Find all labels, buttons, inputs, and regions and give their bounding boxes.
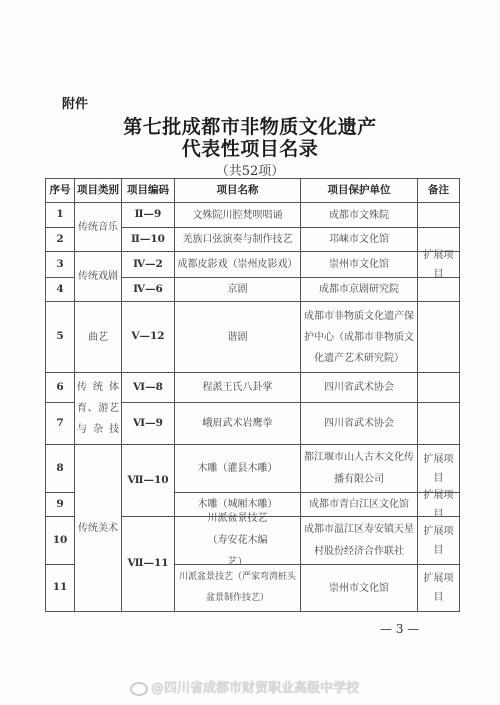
watermark-text: @四川省成都市财贸职业高级中学校 <box>151 681 359 696</box>
row-no: 1 <box>45 202 75 228</box>
unit-cell: 崇州市文化馆 <box>300 251 418 278</box>
name-cell: 文殊院川腔梵呗唱诵 <box>174 202 301 228</box>
header-note: 备注 <box>417 178 460 203</box>
unit-cell: 邛崃市文化馆 <box>300 227 418 252</box>
note-cell <box>417 202 460 228</box>
category-cell: 传统戏剧 <box>74 251 122 302</box>
header-code: 项目编码 <box>121 178 175 203</box>
code-cell: Ⅵ—8 <box>121 372 175 403</box>
document-title-line2: 代表性项目名录 <box>0 134 500 161</box>
name-cell: 川派盆景技艺（寿安花木编艺） <box>174 516 301 565</box>
name-cell: 羌族口弦演奏与制作技艺 <box>174 227 301 252</box>
code-cell: Ⅴ—12 <box>121 301 175 373</box>
category-cell: 传统音乐 <box>74 202 122 252</box>
unit-cell: 成都市京剧研究院 <box>300 277 418 302</box>
note-cell <box>417 277 460 302</box>
row-no: 5 <box>45 301 75 373</box>
unit-cell: 四川省武术协会 <box>300 402 418 445</box>
header-no: 序号 <box>45 178 75 203</box>
category-cell: 传统美术 <box>74 444 122 612</box>
code-cell: Ⅳ—2 <box>121 251 175 278</box>
weibo-icon <box>130 682 148 696</box>
row-no: 8 <box>45 444 75 493</box>
page-number: — 3 — <box>380 622 419 636</box>
category-cell: 传统体育、游艺与杂技 <box>74 372 122 445</box>
unit-cell: 崇州市文化馆 <box>300 564 418 612</box>
note-cell: 扩展项目 <box>417 516 460 565</box>
unit-cell: 成都市文殊院 <box>300 202 418 228</box>
header-unit: 项目保护单位 <box>300 178 418 203</box>
row-no: 4 <box>45 277 75 302</box>
row-no: 2 <box>45 227 75 252</box>
code-cell: Ⅶ—11 <box>121 516 175 612</box>
note-cell: 扩展项目 <box>417 492 460 517</box>
row-no: 9 <box>45 492 75 517</box>
unit-cell: 成都市温江区寿安镇天星村股份经济合作联社 <box>300 516 418 565</box>
unit-cell: 成都市青白江区文化馆 <box>300 492 418 517</box>
watermark: @四川省成都市财贸职业高级中学校 <box>130 677 359 696</box>
item-count-note: （共52项） <box>0 160 500 179</box>
row-no: 7 <box>45 402 75 445</box>
note-cell: 扩展项目 <box>417 564 460 612</box>
note-cell <box>417 402 460 445</box>
note-cell <box>417 372 460 403</box>
name-cell: 成都皮影戏（崇州皮影戏） <box>174 251 301 278</box>
note-cell <box>417 301 460 373</box>
code-cell: Ⅶ—10 <box>121 444 175 517</box>
header-category: 项目类别 <box>74 178 122 203</box>
unit-cell: 成都市非物质文化遗产保护中心（成都市非物质文化遗产艺术研究院） <box>300 301 418 373</box>
name-cell: 程派王氏八卦掌 <box>174 372 301 403</box>
code-cell: Ⅱ—10 <box>121 227 175 252</box>
note-cell: 扩展项目 <box>417 251 460 278</box>
row-no: 10 <box>45 516 75 565</box>
unit-cell: 都江堰市山人古木文化传播有限公司 <box>300 444 418 493</box>
row-no: 3 <box>45 251 75 278</box>
name-cell: 木雕（灌县木雕） <box>174 444 301 493</box>
unit-cell: 四川省武术协会 <box>300 372 418 403</box>
header-name: 项目名称 <box>174 178 301 203</box>
code-cell: Ⅱ—9 <box>121 202 175 228</box>
row-no: 11 <box>45 564 75 612</box>
code-cell: Ⅳ—6 <box>121 277 175 302</box>
heritage-list-table: 序号 项目类别 项目编码 项目名称 项目保护单位 备注 1 2 3 4 5 6 … <box>45 178 460 612</box>
name-cell: 京剧 <box>174 277 301 302</box>
category-cell: 曲艺 <box>74 301 122 373</box>
name-cell: 谐剧 <box>174 301 301 373</box>
attachment-label: 附件 <box>62 93 88 112</box>
name-cell: 川派盆景技艺（严家弯湾桩头盆景制作技艺） <box>174 564 301 612</box>
row-no: 6 <box>45 372 75 403</box>
name-cell: 峨眉武术岩鹰拳 <box>174 402 301 445</box>
code-cell: Ⅵ—9 <box>121 402 175 445</box>
